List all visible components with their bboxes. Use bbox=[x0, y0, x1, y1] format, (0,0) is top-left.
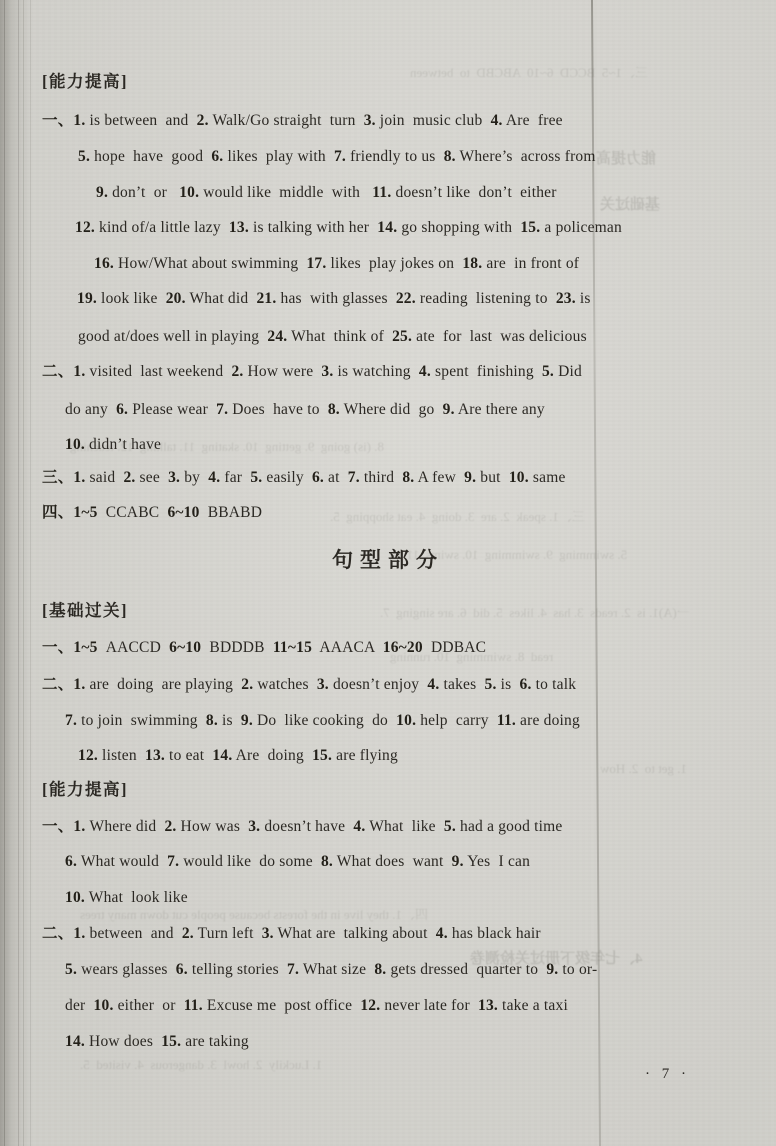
answer-line: 二、1. between and 2. Turn left 3. What ar… bbox=[42, 923, 541, 945]
answer-line: 10. What look like bbox=[65, 887, 188, 909]
bleedthrough-text: 能力提高 bbox=[596, 150, 656, 168]
answer-line: 二、1. visited last weekend 2. How were 3.… bbox=[42, 361, 582, 383]
answer-line: 一、1. is between and 2. Walk/Go straight … bbox=[42, 110, 563, 132]
page-number: · 7 · bbox=[645, 1066, 690, 1083]
bleedthrough-text: 三、1~5 BCCD 6~10 ABCBD to between bbox=[410, 64, 648, 82]
section-header: [能力提高] bbox=[42, 71, 128, 93]
page-edge-line bbox=[23, 0, 24, 1146]
answer-line: 6. What would 7. would like do some 8. W… bbox=[65, 851, 530, 873]
answer-line: 5. wears glasses 6. telling stories 7. W… bbox=[65, 959, 597, 981]
answer-line: 16. How/What about swimming 17. likes pl… bbox=[94, 253, 579, 275]
page-edge-line bbox=[18, 0, 19, 1146]
answer-line: do any 6. Please wear 7. Does have to 8.… bbox=[65, 399, 545, 421]
answer-line: 12. listen 13. to eat 14. Are doing 15. … bbox=[78, 745, 398, 767]
bleedthrough-text: 三、1. speak 2. are 3. doing 4. eat shoppi… bbox=[330, 508, 585, 526]
answer-line: 12. kind of/a little lazy 13. is talking… bbox=[75, 217, 622, 239]
bleedthrough-text: 基础过关 bbox=[600, 196, 660, 214]
bleedthrough-text: 1. get to 2. How bbox=[600, 760, 687, 778]
answer-line: 19. look like 20. What did 21. has with … bbox=[77, 288, 591, 310]
page-edge-line bbox=[4, 0, 5, 1146]
answer-line: der 10. either or 11. Excuse me post off… bbox=[65, 995, 568, 1017]
answer-line: 二、1. are doing are playing 2. watches 3.… bbox=[42, 674, 576, 696]
center-title: 句型部分 bbox=[0, 549, 776, 571]
answer-line: 10. didn’t have bbox=[65, 434, 161, 456]
answer-line: 一、1. Where did 2. How was 3. doesn’t hav… bbox=[42, 816, 562, 838]
answer-line: 5. hope have good 6. likes play with 7. … bbox=[78, 146, 596, 168]
answer-line: 9. don’t or 10. would like middle with 1… bbox=[96, 182, 557, 204]
answer-line: good at/does well in playing 24. What th… bbox=[78, 326, 587, 348]
section-header: [能力提高] bbox=[42, 779, 128, 801]
answer-line: 7. to join swimming 8. is 9. Do like coo… bbox=[65, 710, 580, 732]
answer-line: 一、1~5 AACCD 6~10 BDDDB 11~15 AAACA 16~20… bbox=[42, 637, 486, 659]
answer-line: 14. How does 15. are taking bbox=[65, 1031, 249, 1053]
answer-line: 四、1~5 CCABC 6~10 BBABD bbox=[42, 502, 262, 524]
section-header: [基础过关] bbox=[42, 600, 128, 622]
bleedthrough-text: 一(A)1. is 2. reads 3. has 4. likes 5. di… bbox=[380, 604, 690, 622]
scanned-page: 三、1~5 BCCD 6~10 ABCBD to between能力提高基础过关… bbox=[0, 0, 776, 1146]
answer-line: 三、1. said 2. see 3. by 4. far 5. easily … bbox=[42, 467, 566, 489]
bleedthrough-text: 1. Luckily 2. howl 3. dangerous 4. visit… bbox=[80, 1056, 322, 1074]
page-edge-line bbox=[30, 0, 31, 1146]
